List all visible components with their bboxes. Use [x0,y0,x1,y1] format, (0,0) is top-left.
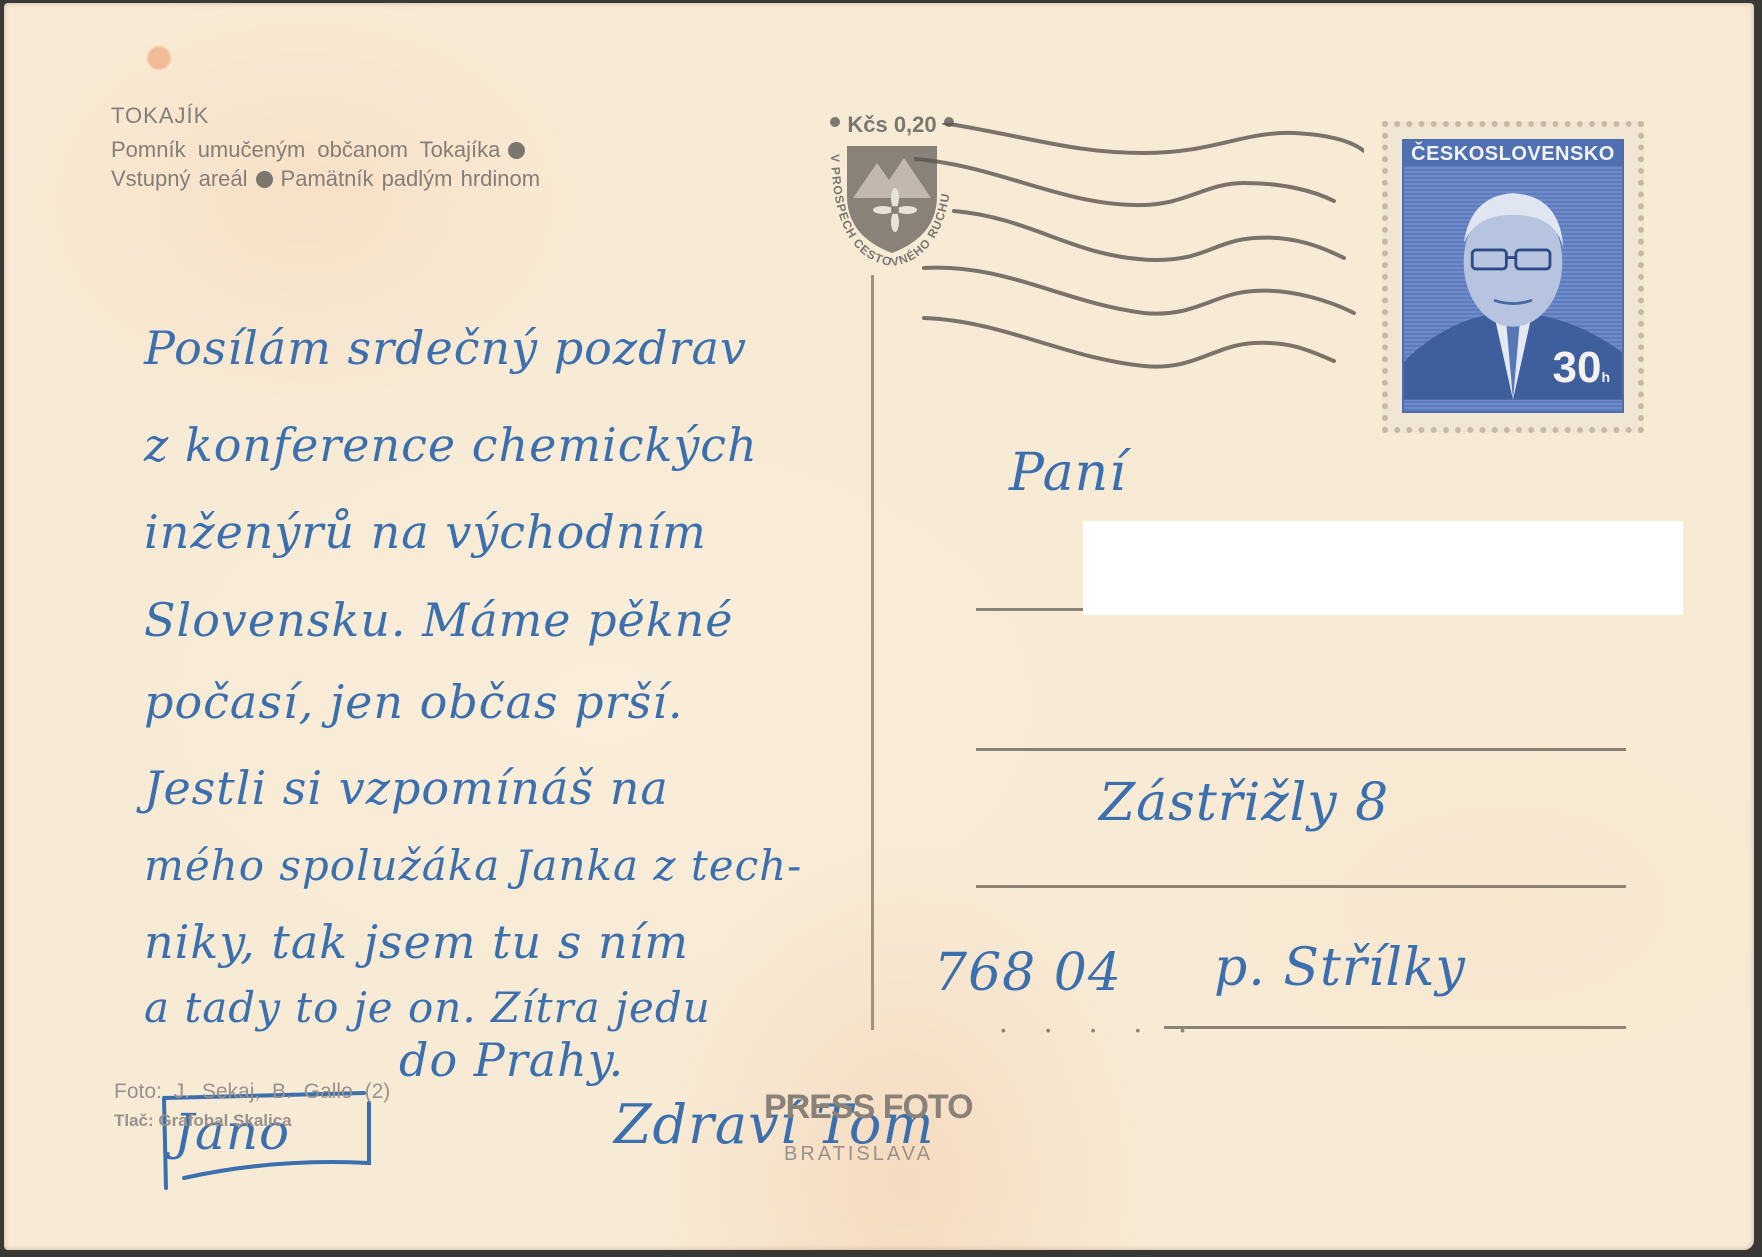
address-salutation: Paní [1009,443,1127,503]
message-line: mého spolužáka Janka z tech- [144,841,802,890]
caption-line-2: Vstupný areálPamätník padlým hrdinom [111,166,540,192]
message-line: inženýrů na východním [144,505,707,559]
address-post-office: p. Střílky [1214,938,1466,998]
bullet-icon [256,171,273,188]
message-line: do Prahy. [399,1033,624,1087]
photo-credit: Foto: J. Sekaj, B. Gallo (2) [114,1080,390,1104]
postcode-dots: • • • • • [1001,1022,1203,1038]
address-street: Zástřižly 8 [1099,773,1389,833]
message-line: Jestli si vzpomínáš na [144,761,669,815]
message-line: počasí, jen občas prší. [144,675,684,729]
message-line: Slovensku. Máme pěkné [144,593,734,647]
postcard-title: TOKAJÍK [111,103,209,129]
redacted-recipient-name [1083,521,1683,615]
message-line: a tady to je on. Zítra jedu [144,983,711,1032]
publisher-city: BRATISLAVA [784,1143,933,1166]
postage-stamp: ČESKOSLOVENSKO 30h [1382,121,1644,433]
stamp-country: ČESKOSLOVENSKO [1404,141,1622,166]
caption-text: Pamätník padlým hrdinom [281,166,541,191]
print-credit: Tlač: Grafobal Skalica [114,1111,292,1131]
bullet-icon [508,142,525,159]
message-line: niky, tak jsem tu s ním [144,915,689,969]
address-line-2 [976,748,1626,751]
publisher-logo: PRESS FOTO [764,1088,973,1127]
message-line: z konference chemických [144,418,758,472]
caption-text: Vstupný areál [111,166,248,191]
address-postcode: 768 04 [934,943,1122,1003]
caption-line-1: Pomník umučeným občanom Tokajíka [111,137,533,163]
stamp-image: ČESKOSLOVENSKO 30h [1402,139,1624,413]
bullet-icon [830,117,840,127]
caption-text: Pomník umučeným občanom Tokajíka [111,137,500,162]
address-line-3 [976,885,1626,888]
stamp-value: 30h [1552,343,1610,393]
address-line-4 [1164,1026,1626,1029]
message-line: Posílám srdečný pozdrav [144,321,747,375]
postmark-cancellation-waves [914,123,1364,383]
message-address-divider [871,275,874,1030]
postcard-back: TOKAJÍK Pomník umučeným občanom Tokajíka… [4,3,1754,1250]
